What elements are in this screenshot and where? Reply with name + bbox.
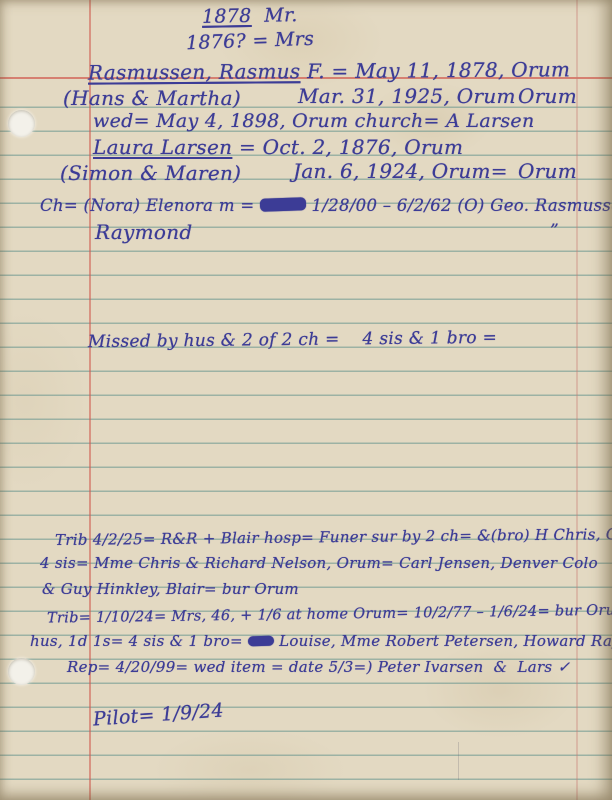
scanned-note-page: 1878 Mr. 1876? = Mrs Rasmussen, Rasmus F… — [0, 0, 612, 800]
ditto-mark: ” — [550, 222, 559, 241]
obit-line-6: Rep= 4/20/99= wed item = date 5/3=) Pete… — [67, 659, 570, 676]
husband-name-line: Rasmussen, Rasmus F. = May 11, 1878, Oru… — [88, 58, 570, 83]
obit-line-5-pre: hus, 1d 1s= 4 sis & 1 bro= — [30, 632, 248, 650]
children-first-pre: Ch= (Nora) Elenora m = — [40, 196, 260, 215]
header-mrs-line: 1876? = Mrs — [186, 29, 315, 54]
wife-parents: (Simon & Maren) — [60, 162, 241, 184]
ink-scribble-small — [248, 636, 274, 647]
obit-line-3: & Guy Hinkley, Blair= bur Orum — [42, 581, 299, 598]
survivors-summary: Missed by hus & 2 of 2 ch = 4 sis & 1 br… — [88, 329, 497, 352]
ink-scribble — [260, 197, 306, 212]
mr-label — [251, 5, 264, 27]
obit-line-5: hus, 1d 1s= 4 sis & 1 bro= Louise, Mme R… — [30, 633, 612, 650]
right-margin-pink-line — [576, 0, 578, 800]
husband-birth: = May 11, 1878, Orum — [331, 57, 570, 83]
obit-line-2: 4 sis= Mme Chris & Richard Nelson, Orum=… — [40, 555, 598, 572]
husband-surname-given: Rasmussen, Rasmus — [88, 59, 301, 84]
husband-parents: (Hans & Martha) — [63, 87, 241, 109]
children-first-line: Ch= (Nora) Elenora m = 1/28/00 – 6/2/62 … — [40, 197, 612, 215]
header-mr-line: 1878 Mr. — [202, 5, 298, 28]
ruled-lines — [0, 84, 612, 800]
wife-burial-place: Orum — [518, 160, 577, 182]
left-margin-red-line — [89, 0, 91, 800]
wedding-line: wed= May 4, 1898, Orum church= A Larsen — [93, 111, 535, 132]
mr-birth-year: 1878 — [202, 5, 252, 28]
wife-death-date: Jan. 6, 1924, Orum= — [293, 160, 508, 182]
husband-initial: F. — [300, 59, 331, 83]
husband-burial-place: Orum — [518, 85, 577, 107]
obit-line-5-post: Louise, Mme Robert Petersen, Howard Raym… — [274, 632, 612, 650]
wife-birth: = Oct. 2, 1876, Orum — [232, 135, 463, 159]
children-second: Raymond — [95, 221, 193, 243]
paper-crease-mark — [458, 742, 459, 780]
children-first-post: 1/28/00 – 6/2/62 (O) Geo. Rasmussen, Oru… — [306, 196, 612, 215]
punch-hole-bottom — [8, 658, 35, 685]
mr-title: Mr. — [264, 4, 298, 27]
wife-name-line: Laura Larsen = Oct. 2, 1876, Orum — [93, 136, 463, 158]
husband-death-date: Mar. 31, 1925, Orum — [298, 85, 516, 107]
punch-hole-top — [8, 110, 35, 137]
wife-name: Laura Larsen — [93, 135, 232, 159]
